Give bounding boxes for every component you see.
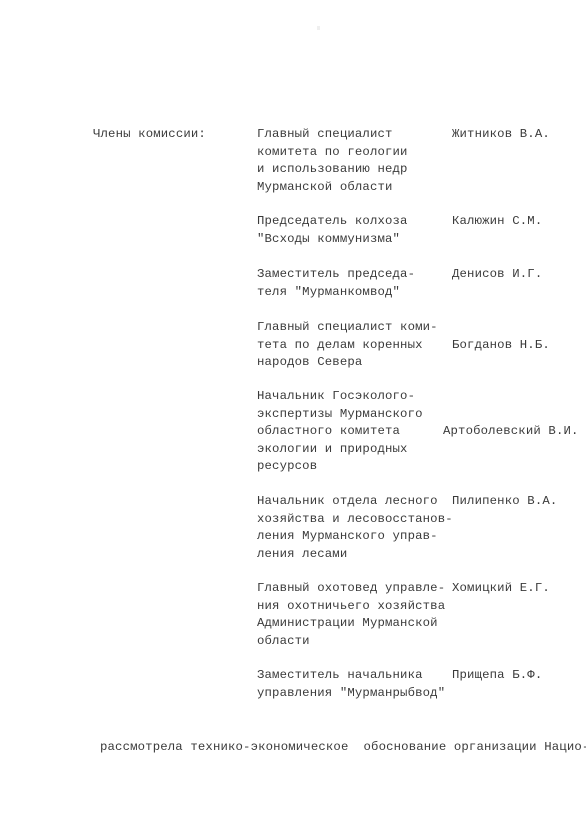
member-position-line: народов Севера xyxy=(257,354,586,372)
member-entry: Начальник Госэколого-экспертизы Мурманск… xyxy=(257,388,586,476)
member-position-line: "Всходы коммунизма" xyxy=(257,231,586,249)
member-entry: Начальник отдела лесногохозяйства и лесо… xyxy=(257,493,586,563)
member-name: Артоболевский В.И. xyxy=(443,423,579,441)
member-position-line: области xyxy=(257,633,586,651)
member-entry: Заместитель начальникауправления "Мурман… xyxy=(257,667,586,702)
member-position-line: экспертизы Мурманского xyxy=(257,406,586,424)
member-name: Хомицкий Е.Г. xyxy=(452,580,550,598)
member-entry: Главный специалист коми-тета по делам ко… xyxy=(257,319,586,372)
member-name: Богданов Н.Б. xyxy=(452,337,550,355)
member-entry: Председатель колхоза"Всходы коммунизма"К… xyxy=(257,213,586,248)
member-name: Прищепа Б.Ф. xyxy=(452,667,542,685)
member-position-line: Мурманской области xyxy=(257,179,586,197)
member-name: Калюжин С.М. xyxy=(452,213,542,231)
member-position-line: Администрации Мурманской xyxy=(257,615,586,633)
member-position-line: ния охотничьего хозяйства xyxy=(257,598,586,616)
member-entry: Заместитель председа-теля "Мурманкомвод"… xyxy=(257,266,586,301)
member-entry: Главный охотовед управле-ния охотничьего… xyxy=(257,580,586,650)
member-position-line: Начальник Госэколого- xyxy=(257,388,586,406)
member-position-line: ления Мурманского управ- xyxy=(257,528,586,546)
member-name: Житников В.А. xyxy=(452,126,550,144)
member-name: Пилипенко В.А. xyxy=(452,493,557,511)
member-entry: Главный специалисткомитета по геологиии … xyxy=(257,126,586,196)
member-position-line: хозяйства и лесовосстанов- xyxy=(257,511,586,529)
member-position-line: Главный специалист коми- xyxy=(257,319,586,337)
document-page: Члены комиссии: Главный специалисткомите… xyxy=(0,0,586,820)
member-position-line: комитета по геологии xyxy=(257,144,586,162)
member-position-line: экологии и природных xyxy=(257,441,586,459)
scan-artifact xyxy=(317,26,320,30)
member-position-line: ресурсов xyxy=(257,458,586,476)
member-position-line: управления "Мурманрыбвод" xyxy=(257,685,586,703)
closing-line: рассмотрела технико-экономическое обосно… xyxy=(100,739,586,757)
members-label: Члены комиссии: xyxy=(93,126,206,144)
member-position-line: ления лесами xyxy=(257,546,586,564)
member-position-line: теля "Мурманкомвод" xyxy=(257,284,586,302)
member-name: Денисов И.Г. xyxy=(452,266,542,284)
member-position-line: и использованию недр xyxy=(257,161,586,179)
